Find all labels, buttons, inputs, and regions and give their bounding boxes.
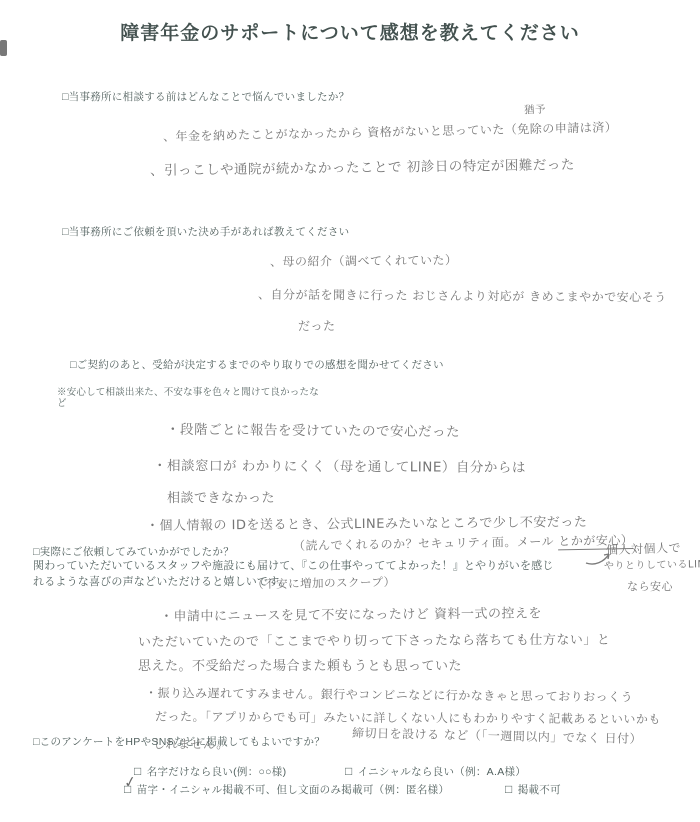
- publish-option-no-publish[interactable]: □ 掲載不可: [505, 779, 561, 799]
- question-3-label: □ご契約のあと、受給が決定するまでのやり取りでの感想を聞かせてください: [70, 359, 444, 372]
- q2-handwritten-answer-2-cont: だった: [298, 319, 336, 334]
- q3-handwritten-answer-2-cont: 相談できなかった: [167, 491, 275, 507]
- q4-handwritten-margin-note-2: （不安に増加のスクープ）: [252, 575, 396, 592]
- publish-option-label: 名字だけなら良い(例：○○様): [147, 766, 287, 778]
- question-1-label: □当事務所に相談する前はどんなことで悩んでいましたか？: [62, 91, 349, 104]
- q4-margin-note-1-part1: （読んでくれるのか？セキュリティ面。メール: [293, 534, 559, 553]
- q4-handwritten-answer-1-line3: 思えた。不受給だった場合また頼もうとも思っていた: [138, 659, 462, 675]
- q2-handwritten-answer-1: 、母の紹介（調べてくれていた）: [270, 253, 458, 270]
- question-3-hint-line1: ※安心して相談出来た、不安な事を色々と聞けて良かったな: [57, 387, 319, 399]
- publish-option-anonymous-text-only[interactable]: □✓ 苗字・イニシャル掲載不可、但し文面のみ掲載可（例：匿名様）: [124, 779, 449, 799]
- checkbox-initials-ok[interactable]: □: [345, 764, 352, 778]
- q4-handwritten-side-note-line1: 個人対個人で: [606, 541, 681, 559]
- publish-question-label: □このアンケートをHPやSNSなどに掲載してもよいですか？: [33, 736, 325, 749]
- q3-handwritten-answer-3: ・個人情報の IDを送るとき、公式LINEみたいなところで少し不安だった: [146, 515, 587, 535]
- q3-handwritten-answer-2: ・相談窓口が わかりにくく（母を通してLINE）自分からは: [153, 458, 526, 477]
- q4-handwritten-answer-2-line1: ・振り込み遅れてすみません。銀行やコンビニなどに行かなきゃと思っておりおっくう: [145, 686, 633, 705]
- q2-handwritten-answer-2: 、自分が話を聞きに行った おじさんより対応が きめこまやかで安心そう: [258, 288, 667, 306]
- publish-option-label: 苗字・イニシャル掲載不可、但し文面のみ掲載可（例：匿名様）: [137, 784, 450, 796]
- questionnaire-page: 障害年金のサポートについて感想を教えてください □当事務所に相談する前はどんなこ…: [0, 0, 700, 822]
- q3-handwritten-answer-1: ・段階ごとに報告を受けていたので安心だった: [166, 422, 460, 441]
- publish-option-label: イニシャルなら良い（例：A.A様）: [358, 766, 526, 778]
- q4-handwritten-margin-note-1: （読んでくれるのか？セキュリティ面。メール とかが安心）: [293, 533, 634, 554]
- question-3-hint-line2: ど: [57, 398, 67, 410]
- q1-handwritten-answer-2: 、引っこしや通院が続かなかったことで 初診日の特定が困難だった: [150, 157, 575, 180]
- publish-option-initials-ok[interactable]: □ イニシャルなら良い（例：A.A様）: [345, 761, 526, 781]
- q4-handwritten-answer-2-line2: だった。「アプリからでも可」みたいに詳しくない人にもわかりやすく記載あるといいか…: [155, 710, 661, 728]
- publish-option-label: 掲載不可: [518, 784, 561, 796]
- question-2-label: □当事務所にご依頼を頂いた決め手があれば教えてください: [62, 226, 349, 239]
- q1-handwritten-answer-1: 、年金を納めたことがなかったから 資格がないと思っていた（免除の申請は済）: [163, 120, 618, 145]
- page-title: 障害年金のサポートについて感想を教えてください: [0, 22, 700, 46]
- q4-handwritten-answer-1-line2: いただいていたので「ここまでやり切って下さったなら落ちても仕方ない」と: [138, 633, 610, 652]
- q1-handwritten-annotation: 猶予: [524, 104, 546, 118]
- publish-option-lastname-ok[interactable]: □ 名字だけなら良い(例：○○様): [134, 761, 286, 781]
- checkbox-no-publish[interactable]: □: [505, 782, 512, 796]
- q4-handwritten-deadline-note: 締切日を設ける など（「一週間以内」でなく 日付）: [352, 726, 642, 747]
- q4-handwritten-side-note-line2: やりとりしているLINE: [604, 559, 700, 573]
- q4-handwritten-answer-1-line1: ・申請中にニュースを見て不安になったけど 資料一式の控えを: [160, 606, 542, 626]
- q4-handwritten-side-note-line3: なら安心: [627, 580, 673, 594]
